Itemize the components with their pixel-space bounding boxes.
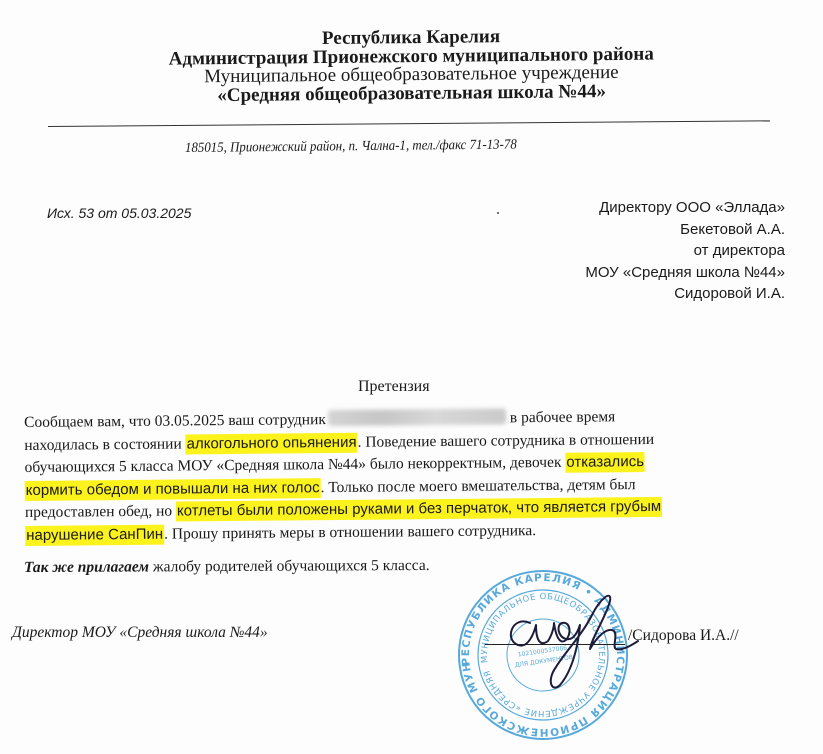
claim-body: Сообщаем вам, что 03.05.2025 ваш сотрудн…	[24, 405, 785, 547]
highlighted-text: нарушение СанПин	[25, 524, 164, 545]
body-text: предоставлен обед, но	[25, 503, 176, 521]
recipient-line: Бекетовой А.А.	[585, 219, 785, 241]
highlighted-text: алкогольного опьянения	[185, 432, 357, 454]
attachment-note: Так же прилагаем жалобу родителей обучаю…	[24, 557, 430, 577]
body-text: Сообщаем вам, что 03.05.2025 ваш сотрудн…	[24, 411, 326, 431]
handwritten-signature-icon	[500, 585, 640, 695]
recipient-line: МОУ «Средняя школа №44»	[585, 262, 785, 284]
outgoing-number: Исх. 53 от 05.03.2025	[47, 205, 191, 221]
highlighted-text: котлеты были положены руками и без перча…	[176, 497, 662, 522]
attachment-note-italic: Так же прилагаем	[24, 558, 149, 576]
body-text: . Только после моего вмешательства, детя…	[320, 476, 635, 496]
signer-name: /Сидорова И.А.//	[628, 627, 739, 645]
body-text: . Прошу принять меры в отношении вашего …	[164, 522, 536, 543]
document-title: Претензия	[358, 378, 430, 396]
recipient-block: Директору ООО «Эллада» Бекетовой А.А. от…	[585, 197, 785, 305]
body-text: . Поведение вашего сотрудника в отношени…	[357, 430, 654, 450]
body-text: обучающихся 5 класса МОУ «Средняя школа …	[24, 454, 565, 476]
body-text: в рабочее время	[510, 408, 616, 426]
recipient-line: Директору ООО «Эллада»	[585, 197, 785, 219]
redacted-employee-name	[328, 408, 506, 426]
scan-speck	[497, 212, 499, 214]
letterhead: Республика Карелия Администрация Прионеж…	[0, 0, 822, 4]
signer-position: Директор МОУ «Средняя школа №44»	[12, 624, 268, 642]
body-text: находилась в состоянии	[24, 435, 185, 454]
letterhead-divider	[48, 120, 770, 127]
document-page: Республика Карелия Администрация Прионеж…	[0, 0, 823, 754]
recipient-line: Сидоровой И.А.	[585, 283, 785, 305]
letterhead-address: 185015, Прионежский район, п. Чална-1, т…	[185, 138, 517, 157]
recipient-line: от директора	[585, 240, 785, 262]
attachment-note-text: жалобу родителей обучающихся 5 класса.	[149, 557, 430, 575]
highlighted-text: кормить обедом и повышали на них голос	[25, 478, 321, 501]
highlighted-text: отказались	[565, 452, 645, 473]
